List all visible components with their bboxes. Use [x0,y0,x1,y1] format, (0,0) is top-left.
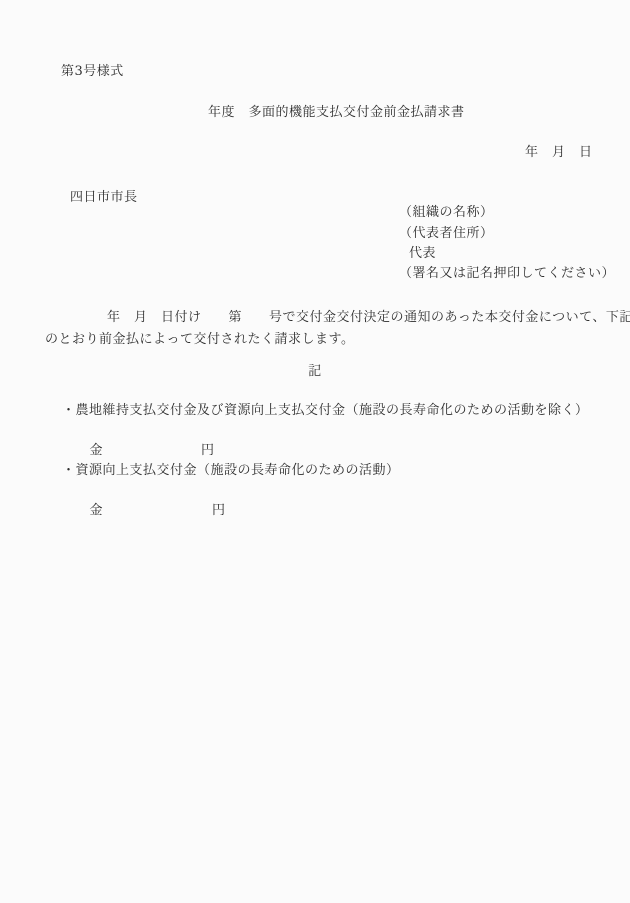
applicant-rep-label: 代表 [409,245,436,262]
form-number: 第3号様式 [61,63,124,80]
amount-prefix-kin: 金 [90,503,104,518]
signature-instruction-note: （署名又は記名押印してください） [399,265,615,282]
document-page: 第3号様式 年度 多面的機能支払交付金前金払請求書 年 月 日 四日市市長 （組… [0,0,630,903]
section-marker-ki: 記 [0,363,630,380]
body-paragraph-line2: のとおり前金払によって交付されたく請求します。 [45,331,354,348]
applicant-org-name-label: （組織の名称） [399,204,494,221]
amount-prefix-kin: 金 [90,443,104,458]
grant-item-label: ・農地維持支払交付金及び資源向上支払交付金（施設の長寿命化のための活動を除く） [62,402,589,419]
grant-item-amount-row: 金円 [71,485,226,536]
body-paragraph-line1: 年 月 日付け 第 号で交付金交付決定の通知のあった本交付金について、下記 [107,309,630,326]
amount-unit-yen: 円 [212,503,226,518]
grant-item-label: ・資源向上支払交付金（施設の長寿命化のための活動） [62,462,400,479]
addressee-mayor: 四日市市長 [70,189,138,206]
date-blank-line: 年 月 日 [525,144,593,161]
document-title: 年度 多面的機能支払交付金前金払請求書 [208,104,465,121]
applicant-rep-address-label: （代表者住所） [399,225,494,242]
amount-unit-yen: 円 [201,443,215,458]
